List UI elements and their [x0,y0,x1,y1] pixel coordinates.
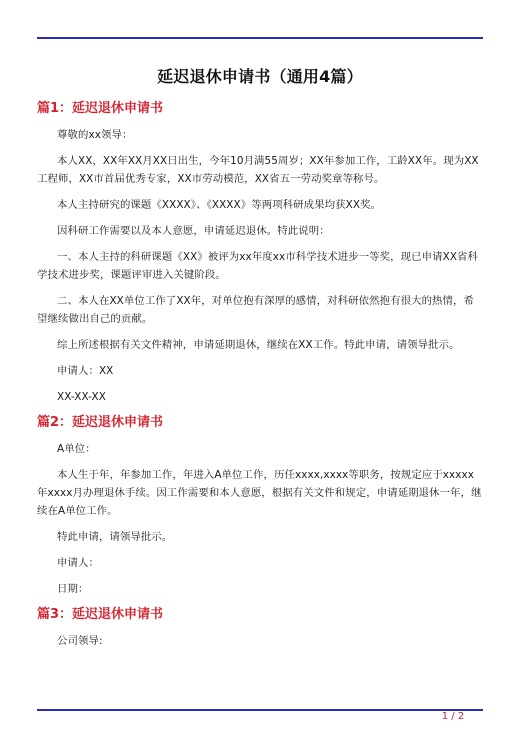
paragraph: 一、本人主持的科研课题《XX》被评为xx年度xx市科学技术进步一等奖，现已申请X… [37,248,483,284]
section-heading-3: 篇3：延迟退休申请书 [37,606,483,624]
paragraph: 本人XX，XX年XX月XX日出生，今年10月满55周岁；XX年参加工作，工龄XX… [37,152,483,188]
salutation: 公司领导: [37,632,483,650]
document-title: 延迟退休申请书（通用4篇） [37,66,483,88]
paragraph: 二、本人在XX单位工作了XX年，对单位抱有深厚的感情，对科研依然抱有很大的热情，… [37,292,483,328]
paragraph: 本人生于年，年参加工作，年进入A单位工作，历任xxxx,xxxx等职务，按规定应… [37,466,483,520]
paragraph: 综上所述根据有关文件精神，申请延期退休，继续在XX工作。特此申请，请领导批示。 [37,336,483,354]
date-line: XX-XX-XX [37,388,483,406]
paragraph: 因科研工作需要以及本人意愿，申请延迟退休。特此说明： [37,222,483,240]
applicant-line: 申请人： [37,554,483,572]
header-rule [37,37,483,39]
salutation: A单位： [37,440,483,458]
section-heading-2: 篇2：延迟退休申请书 [37,414,483,432]
page-indicator: 1 / 2 [438,711,468,722]
date-line: 日期： [37,580,483,598]
paragraph: 本人主持研究的课题《XXXX》、《XXXX》等两项科研成果均获XX奖。 [37,196,483,214]
document-body: 延迟退休申请书（通用4篇） 篇1：延迟退休申请书 尊敬的xx领导： 本人XX，X… [37,66,483,650]
section-heading-1: 篇1：延迟退休申请书 [37,100,483,118]
salutation: 尊敬的xx领导： [37,126,483,144]
applicant-line: 申请人：XX [37,362,483,380]
paragraph: 特此申请，请领导批示。 [37,528,483,546]
footer-rule [37,709,483,711]
